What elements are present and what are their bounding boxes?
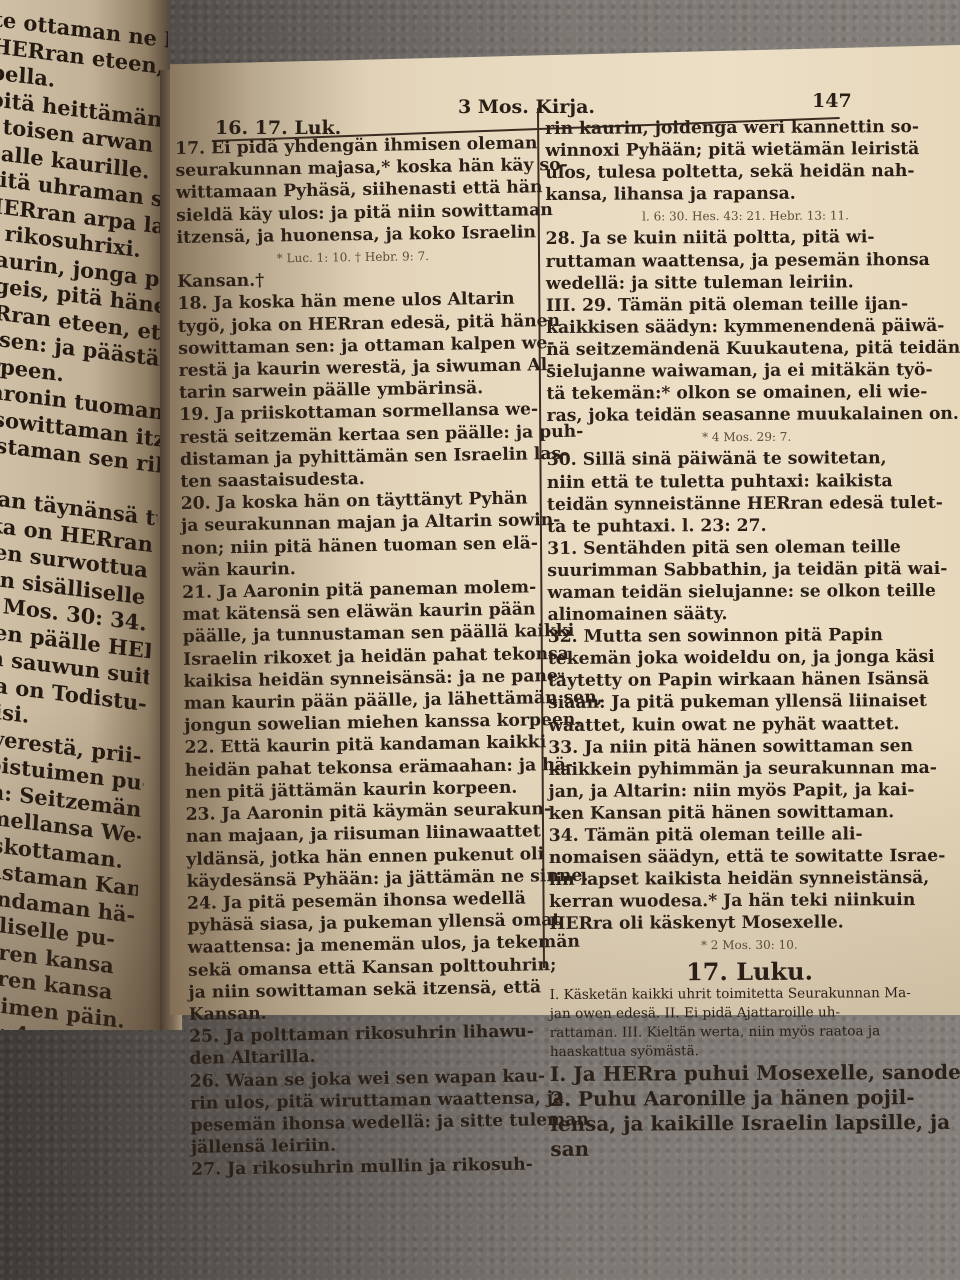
text-line: 1. 10: 4. <box>0 1012 130 1030</box>
verse-line: 31. Sentähden pitä sen oleman teille <box>547 536 947 560</box>
chapter-summary: I. Käsketän kaikki uhrit toimitetta Seur… <box>550 984 950 1062</box>
running-head-center: 3 Mos. Kirja. <box>458 96 595 118</box>
verse-line: HERra oli käskenyt Mosexelle. <box>549 911 949 935</box>
left-column: 17. Ei pidä yhdengän ihmisen olemanseura… <box>175 132 543 1181</box>
verse-line: ulos, tulesa poltetta, sekä heidän nah- <box>545 160 945 184</box>
verse-line: waman teidän sielujanne: se olkon teille <box>547 580 947 604</box>
text-line: sormellansa We- <box>0 800 141 850</box>
text-line: päin: Seitzemän <box>0 773 143 823</box>
verse-line: ras, joka teidän seasanne muukalainen on… <box>547 403 947 427</box>
verse-line: jan, ja Altarin: niin myös Papit, ja kai… <box>548 779 948 803</box>
verse-line: kansa, lihansa ja rapansa. <box>545 182 945 206</box>
text-line: rmoistuimen pu- <box>0 747 144 797</box>
verse-line: ruttaman waattensa, ja pesemän ihonsa <box>546 248 946 272</box>
verse-line: 33. Ja niin pitä hänen sowittaman sen <box>548 735 948 759</box>
verse-line: wedellä: ja sitte tuleman leiriin. <box>546 271 946 295</box>
verse-line: sielujanne waiwaman, ja ei mitäkän työ- <box>546 359 946 383</box>
verse-line: siaan: Ja pitä pukeman yllensä liinaiset <box>548 690 948 714</box>
verse-line: teidän synneistänne HERran edesä tulet- <box>547 491 947 515</box>
verse-line: 28. Ja se kuin niitä poltta, pitä wi- <box>546 226 946 250</box>
text-line: sisälliselle pu- <box>0 906 136 956</box>
verse-line: niin että te tuletta puhtaxi: kaikista <box>547 469 947 493</box>
footnote: * 2 Mos. 30: 10. <box>549 933 949 957</box>
verse-line: täytetty on Papin wirkaan hänen Isänsä <box>548 668 948 692</box>
verse-line: suurimman Sabbathin, ja teidän pitä wai- <box>547 558 947 582</box>
verse-line: kerran wuodesa.* Ja hän teki niinkuin <box>549 889 949 913</box>
summary-line: rattaman. III. Kieltän werta, niin myös … <box>550 1022 950 1043</box>
verse-line: 2. Puhu Aaronille ja hänen pojil- <box>550 1085 950 1112</box>
text-line: priiskottaman. <box>0 826 140 876</box>
text-line: n weren kansa <box>0 959 133 1009</box>
footnote: l. 6: 30. Hes. 43: 21. Hebr. 13: 11. <box>545 204 945 228</box>
verse-line: ta te puhtaxi. l. 23: 27. <box>547 514 947 538</box>
footnote: * 4 Mos. 29: 7. <box>547 425 947 449</box>
text-line: in werestä, prii- <box>0 721 146 771</box>
verse-line: III. 29. Tämän pitä oleman teille ijan- <box>546 293 946 317</box>
verse-line: waattet, kuin owat ne pyhät waattet. <box>548 712 948 736</box>
text-line: a kandaman hä- <box>0 879 137 929</box>
chapter-opening: I. Ja HERra puhui Mosexelle, sanoden: 2.… <box>550 1060 951 1162</box>
left-page-text: te ottaman ne kaxi ka-HERran eteen, Seur… <box>0 6 168 1030</box>
verse-line: winnoxi Pyhään; pitä wietämän leiristä <box>545 138 945 162</box>
summary-line: jan owen edesä. II. Ei pidä Ajattaroille… <box>550 1003 950 1024</box>
verse-line: alinomainen sääty. <box>548 602 948 626</box>
verse-line: tekemän joka woideldu on, ja jonga käsi <box>548 646 948 670</box>
page-number: 147 <box>812 90 852 112</box>
verse-line: 32. Mutta sen sowinnon pitä Papin <box>548 624 948 648</box>
verse-line: kaikkein pyhimmän ja seurakunnan ma- <box>548 757 948 781</box>
verse-line: kaikkisen säädyn: kymmenendenä päiwä- <box>546 315 946 339</box>
verse-line: ken Kansan pitä hänen sowittaman. <box>549 801 949 825</box>
verse-line: I. Ja HERra puhui Mosexelle, sanoden: <box>550 1060 950 1087</box>
left-page: te ottaman ne kaxi ka-HERran eteen, Seur… <box>0 0 168 1030</box>
verse-line: 30. Sillä sinä päiwänä te sowitetan, <box>547 447 947 471</box>
summary-line: haaskattua syömästä. <box>550 1041 950 1062</box>
verse-line: 34. Tämän pitä oleman teille ali- <box>549 823 949 847</box>
text-line: n weren kansa <box>0 932 135 982</box>
chapter-heading: 17. Luku. <box>549 959 949 983</box>
text-line: oistuimen päin. <box>0 985 132 1030</box>
text-line: eurastaman Kan- <box>0 853 139 903</box>
verse-line: lensa, ja kaikille Israelin lapsille, ja <box>550 1110 950 1137</box>
verse-line: nomaisen säädyn, että te sowitatte Israe… <box>549 845 949 869</box>
verse-line: lin lapset kaikista heidän synneistänsä, <box>549 867 949 891</box>
verse-line: rin kaurin, joidenga weri kannettin so- <box>545 116 945 140</box>
verse-line: san <box>550 1135 950 1162</box>
summary-line: I. Käsketän kaikki uhrit toimitetta Seur… <box>550 984 950 1005</box>
right-column: rin kaurin, joidenga weri kannettin so-w… <box>545 116 950 1162</box>
verse-line: nä seitzemändenä Kuukautena, pitä teidän <box>546 337 946 361</box>
verse-line: tä tekemän:* olkon se omainen, eli wie- <box>546 381 946 405</box>
